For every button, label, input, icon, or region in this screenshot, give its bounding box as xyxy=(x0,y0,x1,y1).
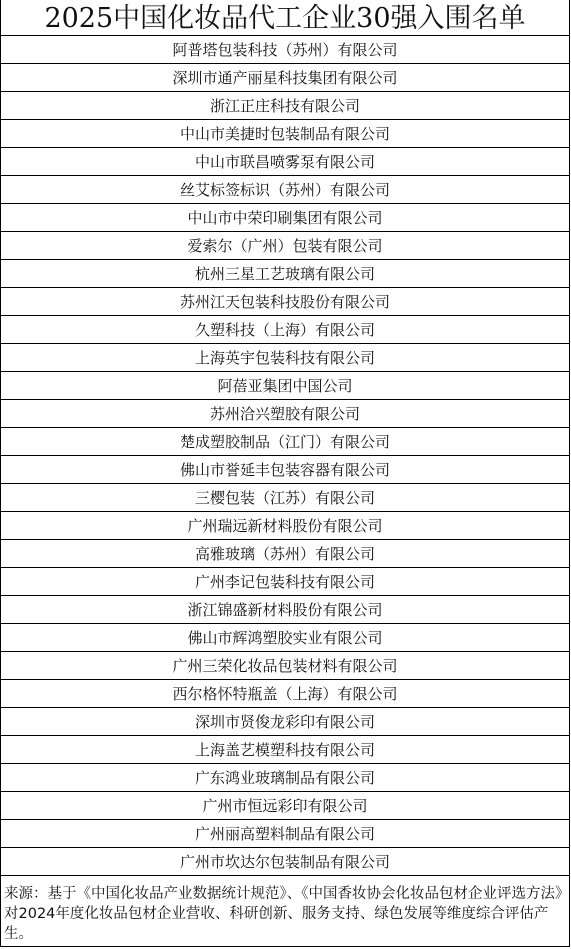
table-row: 苏州洽兴塑胶有限公司 xyxy=(1,400,569,428)
table-row: 阿普塔包装科技（苏州）有限公司 xyxy=(1,36,569,64)
table-row: 爱索尔（广州）包装有限公司 xyxy=(1,232,569,260)
table-title: 2025中国化妆品代工企业30强入围名单 xyxy=(1,0,569,36)
table-row: 久塑科技（上海）有限公司 xyxy=(1,316,569,344)
company-list: 阿普塔包装科技（苏州）有限公司 深圳市通产丽星科技集团有限公司 浙江正庄科技有限… xyxy=(1,36,569,876)
table-row: 中山市中荣印刷集团有限公司 xyxy=(1,204,569,232)
table-row: 广东鸿业玻璃制品有限公司 xyxy=(1,764,569,792)
table-row: 广州丽高塑料制品有限公司 xyxy=(1,820,569,848)
table-row: 广州市恒远彩印有限公司 xyxy=(1,792,569,820)
table-row: 广州市坎达尔包装制品有限公司 xyxy=(1,848,569,876)
table-row: 深圳市通产丽星科技集团有限公司 xyxy=(1,64,569,92)
table-row: 浙江正庄科技有限公司 xyxy=(1,92,569,120)
table-row: 上海盖艺模塑科技有限公司 xyxy=(1,736,569,764)
table-row: 广州李记包装科技有限公司 xyxy=(1,568,569,596)
ranking-table: 2025中国化妆品代工企业30强入围名单 阿普塔包装科技（苏州）有限公司 深圳市… xyxy=(0,0,570,947)
table-row: 广州三荣化妆品包装材料有限公司 xyxy=(1,652,569,680)
table-row: 广州瑞远新材料股份有限公司 xyxy=(1,512,569,540)
table-row: 杭州三星工艺玻璃有限公司 xyxy=(1,260,569,288)
table-row: 深圳市贤俊龙彩印有限公司 xyxy=(1,708,569,736)
table-row: 丝艾标签标识（苏州）有限公司 xyxy=(1,176,569,204)
table-row: 阿蓓亚集团中国公司 xyxy=(1,372,569,400)
table-row: 中山市联昌喷雾泵有限公司 xyxy=(1,148,569,176)
table-row: 中山市美捷时包装制品有限公司 xyxy=(1,120,569,148)
table-row: 苏州江天包装科技股份有限公司 xyxy=(1,288,569,316)
table-row: 西尔格怀特瓶盖（上海）有限公司 xyxy=(1,680,569,708)
table-row: 三樱包装（江苏）有限公司 xyxy=(1,484,569,512)
table-row: 佛山市辉鸿塑胶实业有限公司 xyxy=(1,624,569,652)
table-row: 楚成塑胶制品（江门）有限公司 xyxy=(1,428,569,456)
table-row: 佛山市誉延丰包装容器有限公司 xyxy=(1,456,569,484)
table-row: 上海英宇包装科技有限公司 xyxy=(1,344,569,372)
table-row: 浙江锦盛新材料股份有限公司 xyxy=(1,596,569,624)
source-note: 来源：基于《中国化妆品产业数据统计规范》、《中国香妆协会化妆品包材企业评选方法》… xyxy=(1,876,569,946)
table-row: 高雅玻璃（苏州）有限公司 xyxy=(1,540,569,568)
